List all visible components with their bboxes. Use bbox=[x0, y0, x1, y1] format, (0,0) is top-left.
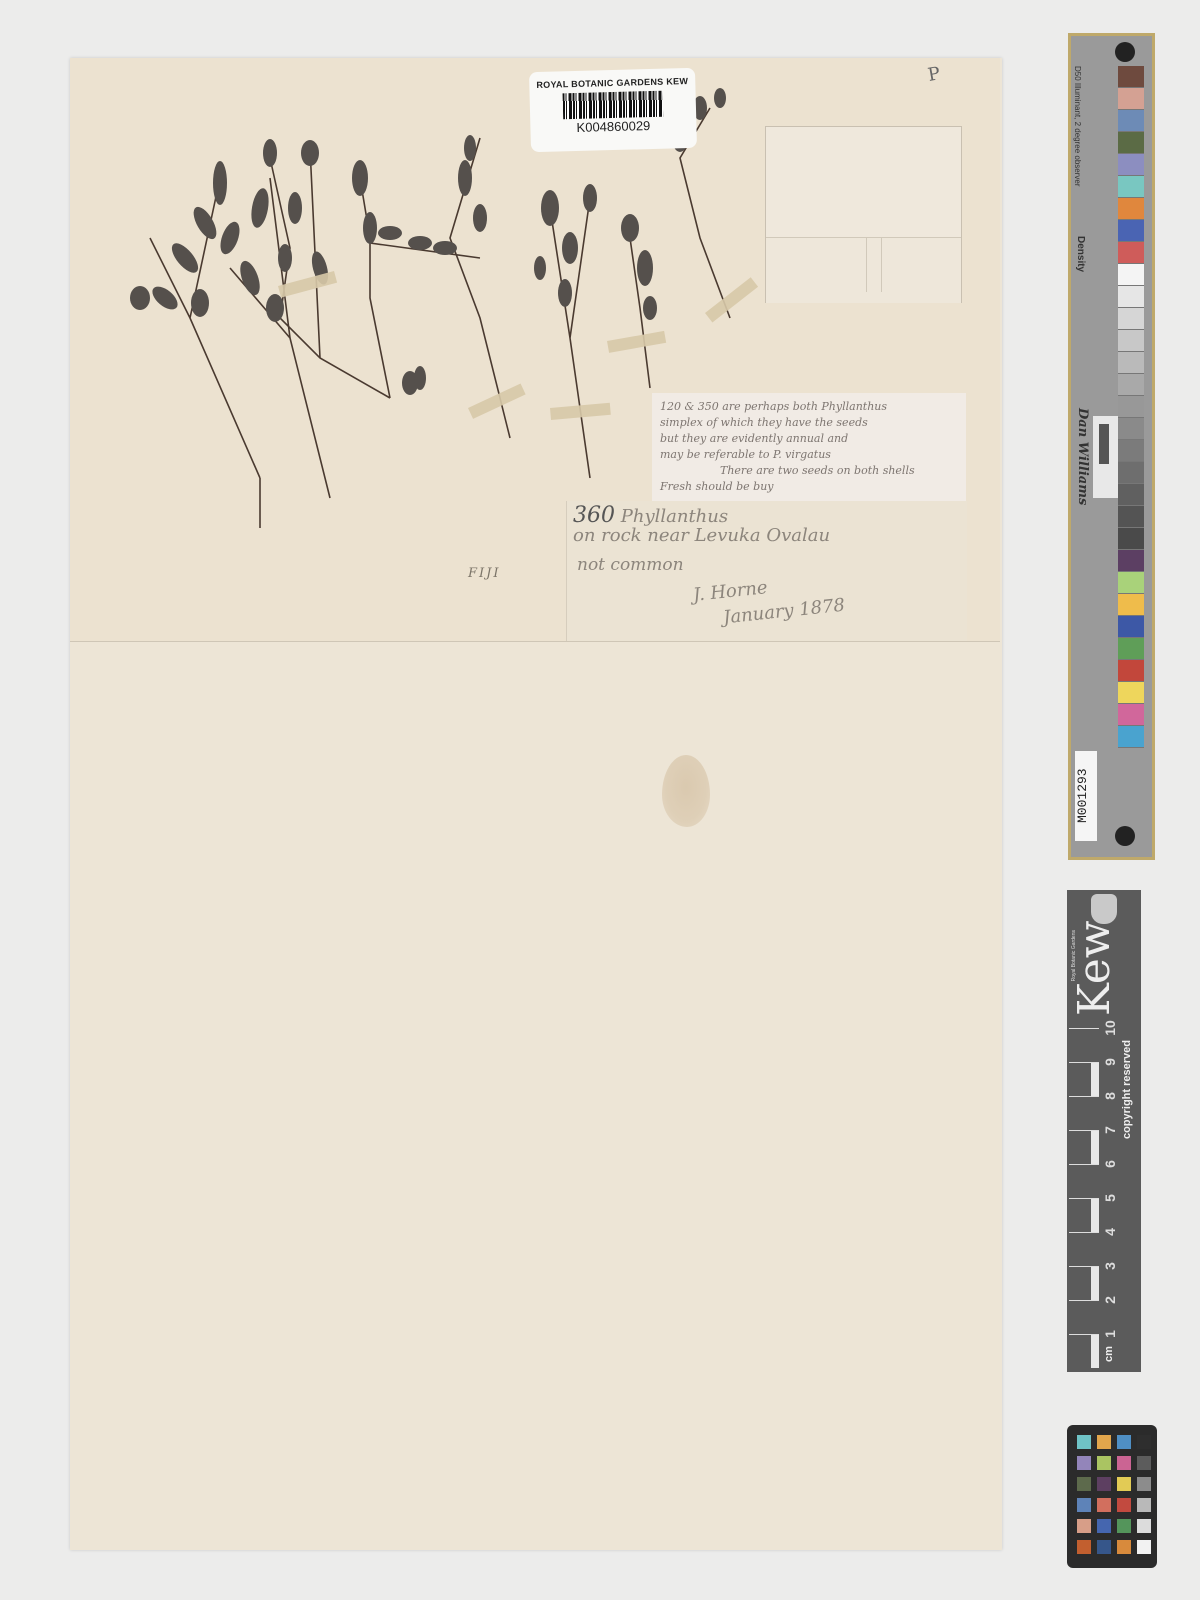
cm-block bbox=[1069, 1164, 1099, 1198]
cm-block bbox=[1069, 1096, 1099, 1130]
checker-swatch bbox=[1137, 1456, 1151, 1470]
cm-tick-label: 6 bbox=[1102, 1155, 1118, 1173]
cm-block bbox=[1069, 1062, 1099, 1096]
color-patch bbox=[1118, 528, 1144, 550]
note-line: but they are evidently annual and bbox=[660, 431, 958, 447]
cm-block bbox=[1069, 1266, 1099, 1300]
color-patch bbox=[1118, 220, 1144, 242]
color-patch bbox=[1118, 418, 1144, 440]
checker-swatch bbox=[1077, 1519, 1091, 1533]
cm-tick-label: 2 bbox=[1102, 1291, 1118, 1309]
color-patch bbox=[1118, 330, 1144, 352]
ruler-color-patches bbox=[1118, 66, 1144, 748]
cm-tick-label: 1 bbox=[1102, 1325, 1118, 1343]
checker-swatch bbox=[1097, 1456, 1111, 1470]
color-patch bbox=[1118, 154, 1144, 176]
note-line: There are two seeds on both shells bbox=[660, 463, 958, 479]
checker-swatch bbox=[1077, 1456, 1091, 1470]
checker-swatch bbox=[1077, 1477, 1091, 1491]
packet-flap bbox=[766, 237, 961, 303]
ruler-hole-icon bbox=[1115, 42, 1135, 62]
cm-scale-blocks bbox=[1069, 1028, 1099, 1368]
kew-scale-bar: Royal Botanic Gardens Kew 12345678910 co… bbox=[1067, 890, 1141, 1372]
cm-tick-label: 7 bbox=[1102, 1121, 1118, 1139]
barcode-label: ROYAL BOTANIC GARDENS KEW K004860029 bbox=[529, 68, 697, 152]
checker-swatch bbox=[1077, 1435, 1091, 1449]
checker-swatch bbox=[1097, 1477, 1111, 1491]
color-patch bbox=[1118, 286, 1144, 308]
checker-swatch bbox=[1097, 1498, 1111, 1512]
barcode-number: K004860029 bbox=[530, 117, 696, 136]
color-patch bbox=[1118, 726, 1144, 748]
color-patch bbox=[1118, 110, 1144, 132]
color-patch bbox=[1118, 374, 1144, 396]
color-patch bbox=[1118, 462, 1144, 484]
kew-logo: Royal Botanic Gardens Kew bbox=[1067, 894, 1141, 1024]
cm-block bbox=[1069, 1130, 1099, 1164]
checker-swatch bbox=[1097, 1435, 1111, 1449]
checker-swatch bbox=[1117, 1456, 1131, 1470]
note-line: simplex of which they have the seeds bbox=[660, 415, 958, 431]
checker-swatch bbox=[1097, 1540, 1111, 1554]
color-patch bbox=[1118, 66, 1144, 88]
note-line: 120 & 350 are perhaps both Phyllanthus bbox=[660, 399, 958, 415]
taxon-name: Phyllanthus bbox=[621, 506, 728, 527]
packet-slit bbox=[866, 237, 882, 292]
note-line: may be referable to P. virgatus bbox=[660, 447, 958, 463]
cm-unit-label: cm bbox=[1103, 1346, 1115, 1362]
color-patch bbox=[1118, 682, 1144, 704]
density-label: Density bbox=[1075, 236, 1086, 272]
checker-swatch bbox=[1117, 1519, 1131, 1533]
cm-scale-numbers: 12345678910 bbox=[1101, 1028, 1119, 1368]
color-patch bbox=[1118, 440, 1144, 462]
ruler-brand: Dan Williams bbox=[1075, 408, 1090, 505]
ruler-illuminant-note: D50 Illuminant, 2 degree observer bbox=[1073, 66, 1082, 187]
color-patch bbox=[1118, 704, 1144, 726]
checker-swatch bbox=[1117, 1498, 1131, 1512]
checker-swatch bbox=[1117, 1477, 1131, 1491]
copyright-notice: copyright reserved bbox=[1121, 1040, 1133, 1139]
habitat: on rock near Levuka Ovalau bbox=[573, 525, 830, 546]
checker-swatch bbox=[1137, 1498, 1151, 1512]
checker-swatch bbox=[1117, 1435, 1131, 1449]
ruler-hole-icon bbox=[1115, 826, 1135, 846]
abundance: not common bbox=[577, 555, 684, 575]
checker-swatch bbox=[1117, 1540, 1131, 1554]
color-checker-swatches bbox=[1077, 1435, 1151, 1554]
kew-logo-text: Kew bbox=[1069, 921, 1120, 1016]
crest-icon bbox=[1091, 894, 1117, 924]
barcode-icon bbox=[563, 91, 664, 120]
color-patch bbox=[1118, 198, 1144, 220]
color-patch bbox=[1118, 264, 1144, 286]
cm-block bbox=[1069, 1028, 1099, 1062]
color-patch bbox=[1118, 132, 1144, 154]
cm-tick-label: 5 bbox=[1102, 1189, 1118, 1207]
color-patch bbox=[1118, 616, 1144, 638]
cm-tick-label: 10 bbox=[1102, 1019, 1118, 1037]
checker-swatch bbox=[1137, 1435, 1151, 1449]
cm-block bbox=[1069, 1300, 1099, 1334]
color-patch bbox=[1118, 572, 1144, 594]
color-patch bbox=[1118, 550, 1144, 572]
checker-swatch bbox=[1097, 1519, 1111, 1533]
color-patch bbox=[1118, 484, 1144, 506]
cm-tick-label: 3 bbox=[1102, 1257, 1118, 1275]
cm-block bbox=[1069, 1232, 1099, 1266]
paper-stain bbox=[662, 755, 710, 827]
herbarium-sheet: ROYAL BOTANIC GARDENS KEW K004860029 P 1… bbox=[70, 58, 1002, 1550]
checker-swatch bbox=[1077, 1498, 1091, 1512]
checker-swatch bbox=[1137, 1519, 1151, 1533]
cm-block bbox=[1069, 1198, 1099, 1232]
collector-label: 360 Phyllanthus on rock near Levuka Oval… bbox=[566, 501, 967, 641]
institution-label: ROYAL BOTANIC GARDENS KEW bbox=[529, 76, 695, 90]
collector-name: J. Horne bbox=[692, 577, 768, 606]
color-patch bbox=[1118, 660, 1144, 682]
checker-swatch bbox=[1137, 1540, 1151, 1554]
color-patch bbox=[1118, 352, 1144, 374]
color-patch bbox=[1118, 308, 1144, 330]
annotation-note: 120 & 350 are perhaps both Phyllanthus s… bbox=[652, 393, 966, 501]
color-patch bbox=[1118, 242, 1144, 264]
color-patch bbox=[1118, 88, 1144, 110]
cm-tick-label: 4 bbox=[1102, 1223, 1118, 1241]
color-calibration-ruler: D50 Illuminant, 2 degree observer Densit… bbox=[1068, 33, 1155, 860]
color-patch bbox=[1118, 638, 1144, 660]
ruler-code: M001293 bbox=[1075, 751, 1097, 841]
fragment-packet[interactable] bbox=[765, 126, 962, 303]
color-patch bbox=[1118, 176, 1144, 198]
checker-swatch bbox=[1077, 1540, 1091, 1554]
color-patch bbox=[1118, 396, 1144, 418]
checker-swatch bbox=[1137, 1477, 1151, 1491]
cm-tick-label: 8 bbox=[1102, 1087, 1118, 1105]
color-patch bbox=[1118, 506, 1144, 528]
color-patch bbox=[1118, 594, 1144, 616]
locality-stamp: FIJI bbox=[468, 566, 501, 581]
color-checker-card bbox=[1067, 1425, 1157, 1568]
note-line: Fresh should be buy bbox=[660, 479, 958, 495]
cm-tick-label: 9 bbox=[1102, 1053, 1118, 1071]
cm-block bbox=[1069, 1334, 1099, 1368]
